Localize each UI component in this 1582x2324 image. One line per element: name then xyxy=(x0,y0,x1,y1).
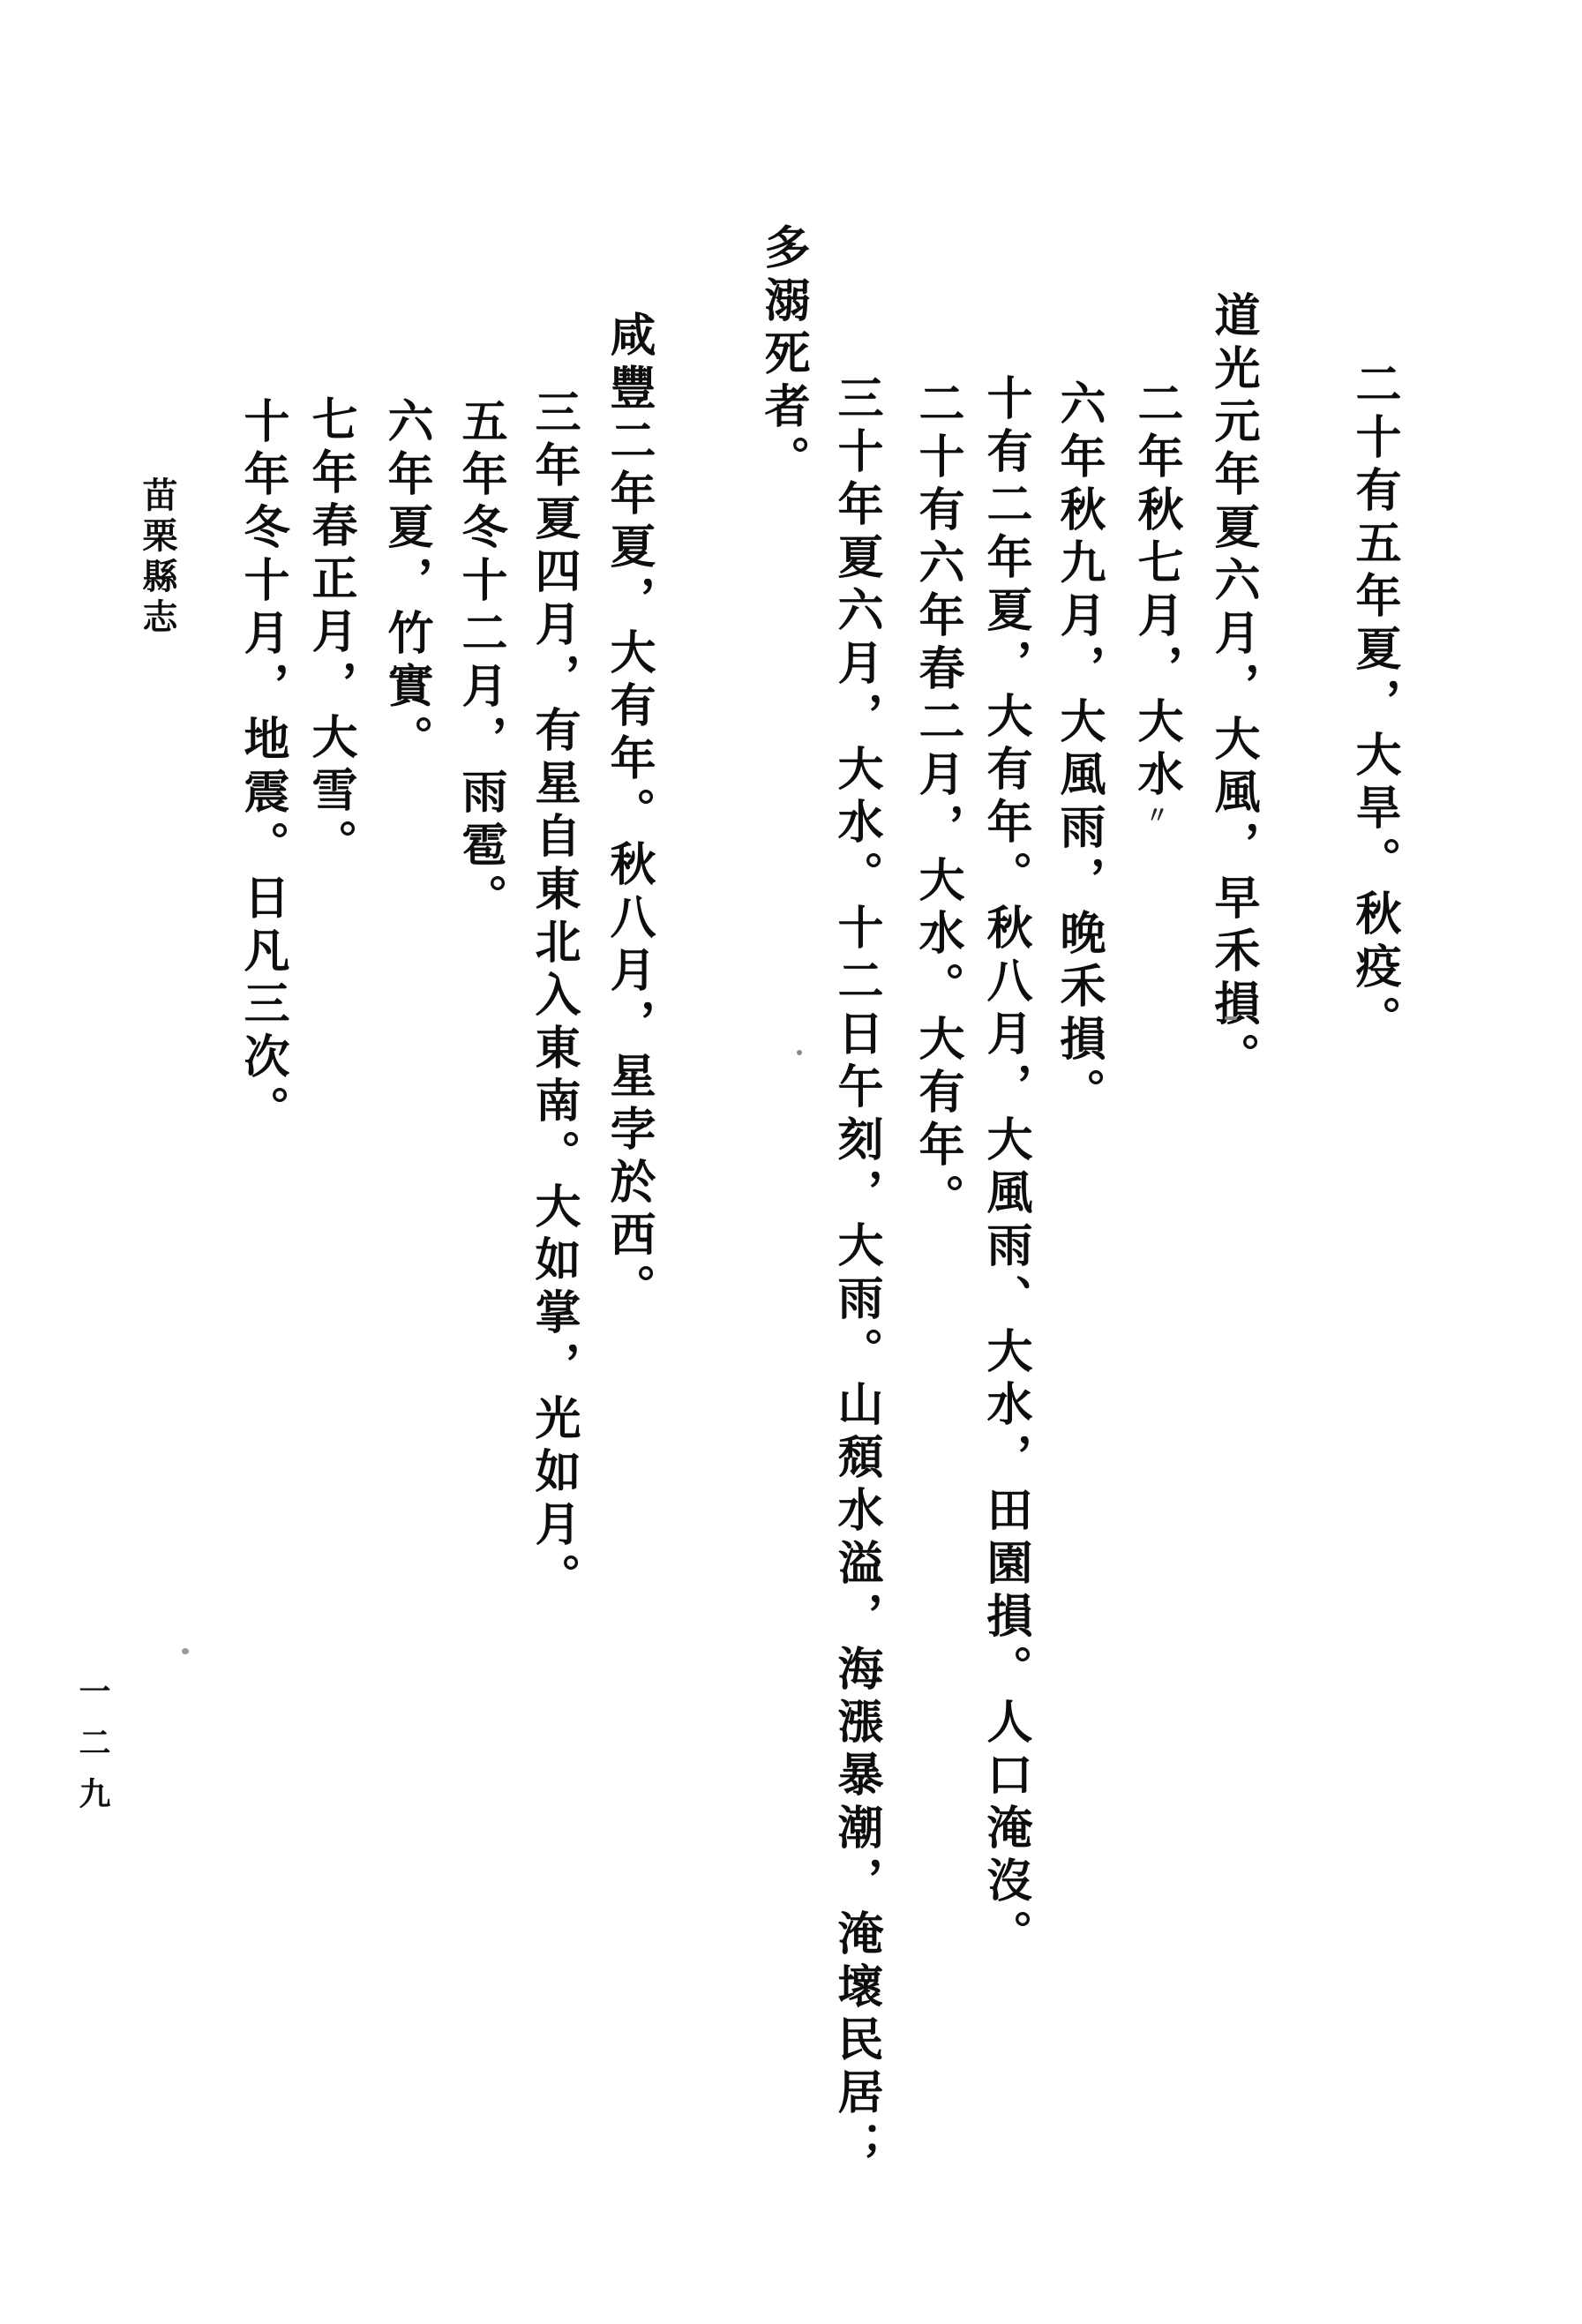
entry-25th-year: 二十有五年夏，大旱。秋疫。 xyxy=(1340,360,1406,1048)
entry-daoguang-30: 三十年夏六月，大水。十二日午刻，大雨。山頹水溢，海漲暴潮，淹壞民居； xyxy=(822,374,888,2174)
entry-xianfeng-6: 六年夏，竹實。 xyxy=(372,397,439,768)
entry-daoguang-2: 二年秋七月，大水〃 xyxy=(1122,379,1188,828)
page-number: 一二九 xyxy=(71,1675,116,1828)
ink-speck xyxy=(1225,1016,1237,1020)
entry-xianfeng-10: 十年冬十月，地震。日凡三次。 xyxy=(229,397,295,1138)
entry-xianfeng-2: 咸豐二年夏，大有年。秋八月，星孛於西。 xyxy=(595,311,661,1316)
entry-daoguang-26: 二十有六年春二月，大水。大有年。 xyxy=(903,379,970,1226)
entry-daoguang-6: 六年秋九月，大風雨，晚禾損。 xyxy=(1045,379,1111,1121)
ink-speck xyxy=(797,1050,802,1055)
entry-daoguang-30-continuation: 多溺死者。 xyxy=(749,223,815,488)
entry-xianfeng-5: 五年冬十二月，雨雹。 xyxy=(446,397,513,926)
entry-daoguang-2-text: 二年秋七月，大水 xyxy=(1130,379,1181,803)
entry-xianfeng-7: 七年春正月，大雪。 xyxy=(296,395,363,872)
entry-daoguang-1: 道光元年夏六月，大風，早禾損。 xyxy=(1199,291,1265,1085)
ink-speck xyxy=(182,1648,189,1654)
entry-daoguang-12: 十有二年夏，大有年。秋八月，大風雨、大水，田園損。人口淹沒。 xyxy=(971,374,1038,1962)
scanned-page: 二十有五年夏，大旱。秋疫。 道光元年夏六月，大風，早禾損。 二年秋七月，大水〃 … xyxy=(0,0,1582,2324)
book-title: 苗栗縣志 xyxy=(132,476,183,639)
ditto-mark: 〃 xyxy=(1143,803,1168,828)
entry-xianfeng-3: 三年夏四月，有星自東北入東南。大如掌，光如月。 xyxy=(520,388,586,1606)
